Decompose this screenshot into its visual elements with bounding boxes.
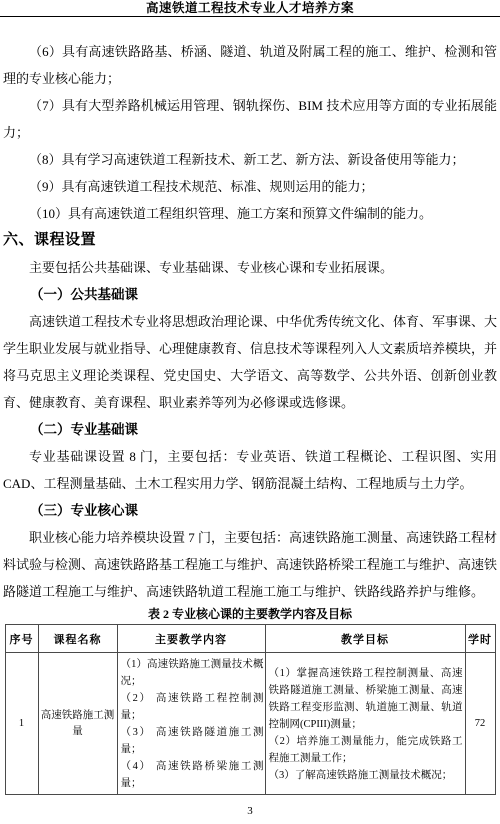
subsection-body-public-basic: 高速铁道工程技术专业将思想政治理论课、中华优秀传统文化、体育、军事课、大学生职业… (3, 308, 497, 416)
cell-hours: 72 (465, 653, 495, 795)
document-page: 高速铁道工程技术专业人才培养方案 （6）具有高速铁路路基、桥涵、隧道、轨道及附属… (0, 0, 500, 824)
paragraph-item-8: （8）具有学习高速铁道工程新技术、新工艺、新方法、新设备使用等能力； (3, 146, 497, 173)
subsection-heading-public-basic: （一）公共基础课 (3, 281, 497, 308)
teaching-content-item: （4） 高速铁路桥梁施工测量； (121, 758, 264, 792)
paragraph-item-9: （9）具有高速铁道工程技术规范、标准、规则运用的能力； (3, 173, 497, 200)
subsection-heading-professional-basic: （二）专业基础课 (3, 416, 497, 443)
cell-teaching-objectives: （1）掌握高速铁路工程控制测量、高速铁路隧道施工测量、桥梁施工测量、高速铁路工程… (265, 653, 465, 795)
teaching-content-item: （3） 高速铁路隧道施工测量； (121, 724, 264, 758)
cell-teaching-content: （1）高速铁路施工测量技术概况； （2） 高速铁路工程控制测量； （3） 高速铁… (117, 653, 265, 795)
section-heading-curriculum: 六、课程设置 (3, 227, 497, 254)
paragraph-item-6: （6）具有高速铁路路基、桥涵、隧道、轨道及附属工程的施工、维护、检测和管理的专业… (3, 38, 497, 92)
page-header: 高速铁道工程技术专业人才培养方案 (0, 0, 500, 17)
column-header-hours: 学时 (465, 625, 495, 653)
teaching-objective-item: （3）了解高速铁路施工测量技术概况； (269, 767, 463, 784)
page-number: 3 (0, 804, 500, 818)
table-caption: 表 2 专业核心课的主要教学内容及目标 (3, 606, 497, 622)
subsection-heading-professional-core: （三）专业核心课 (3, 497, 497, 524)
teaching-content-item: （2） 高速铁路工程控制测量； (121, 690, 264, 724)
table-header-row: 序号 课程名称 主要教学内容 教学目标 学时 (5, 625, 495, 653)
cell-course-name: 高速铁路施工测量 (38, 653, 117, 795)
column-header-course-name: 课程名称 (38, 625, 117, 653)
paragraph-item-7: （7）具有大型养路机械运用管理、钢轨探伤、BIM 技术应用等方面的专业拓展能力； (3, 92, 497, 146)
core-course-table: 序号 课程名称 主要教学内容 教学目标 学时 1 高速铁路施工测量 （1）高速铁… (5, 624, 496, 795)
subsection-body-professional-basic: 专业基础课设置 8 门，主要包括：专业英语、铁道工程概论、工程识图、实用 CAD… (3, 443, 497, 497)
column-header-teaching-content: 主要教学内容 (117, 625, 265, 653)
subsection-body-professional-core: 职业核心能力培养模块设置 7 门，主要包括：高速铁路施工测量、高速铁路工程材料试… (3, 524, 497, 605)
teaching-objective-item: （1）掌握高速铁路工程控制测量、高速铁路隧道施工测量、桥梁施工测量、高速铁路工程… (269, 665, 463, 733)
section-intro: 主要包括公共基础课、专业基础课、专业核心课和专业拓展课。 (3, 254, 497, 281)
document-title: 高速铁道工程技术专业人才培养方案 (8, 3, 492, 14)
document-content: （6）具有高速铁路路基、桥涵、隧道、轨道及附属工程的施工、维护、检测和管理的专业… (0, 38, 500, 795)
paragraph-item-10: （10）具有高速铁道工程组织管理、施工方案和预算文件编制的能力。 (3, 200, 497, 227)
table-row: 1 高速铁路施工测量 （1）高速铁路施工测量技术概况； （2） 高速铁路工程控制… (5, 653, 495, 795)
column-header-no: 序号 (5, 625, 38, 653)
cell-row-number: 1 (5, 653, 38, 795)
teaching-content-item: （1）高速铁路施工测量技术概况； (121, 656, 264, 690)
column-header-teaching-objectives: 教学目标 (265, 625, 465, 653)
teaching-objective-item: （2）培养施工测量能力，能完成铁路工程施工测量工作； (269, 733, 463, 767)
